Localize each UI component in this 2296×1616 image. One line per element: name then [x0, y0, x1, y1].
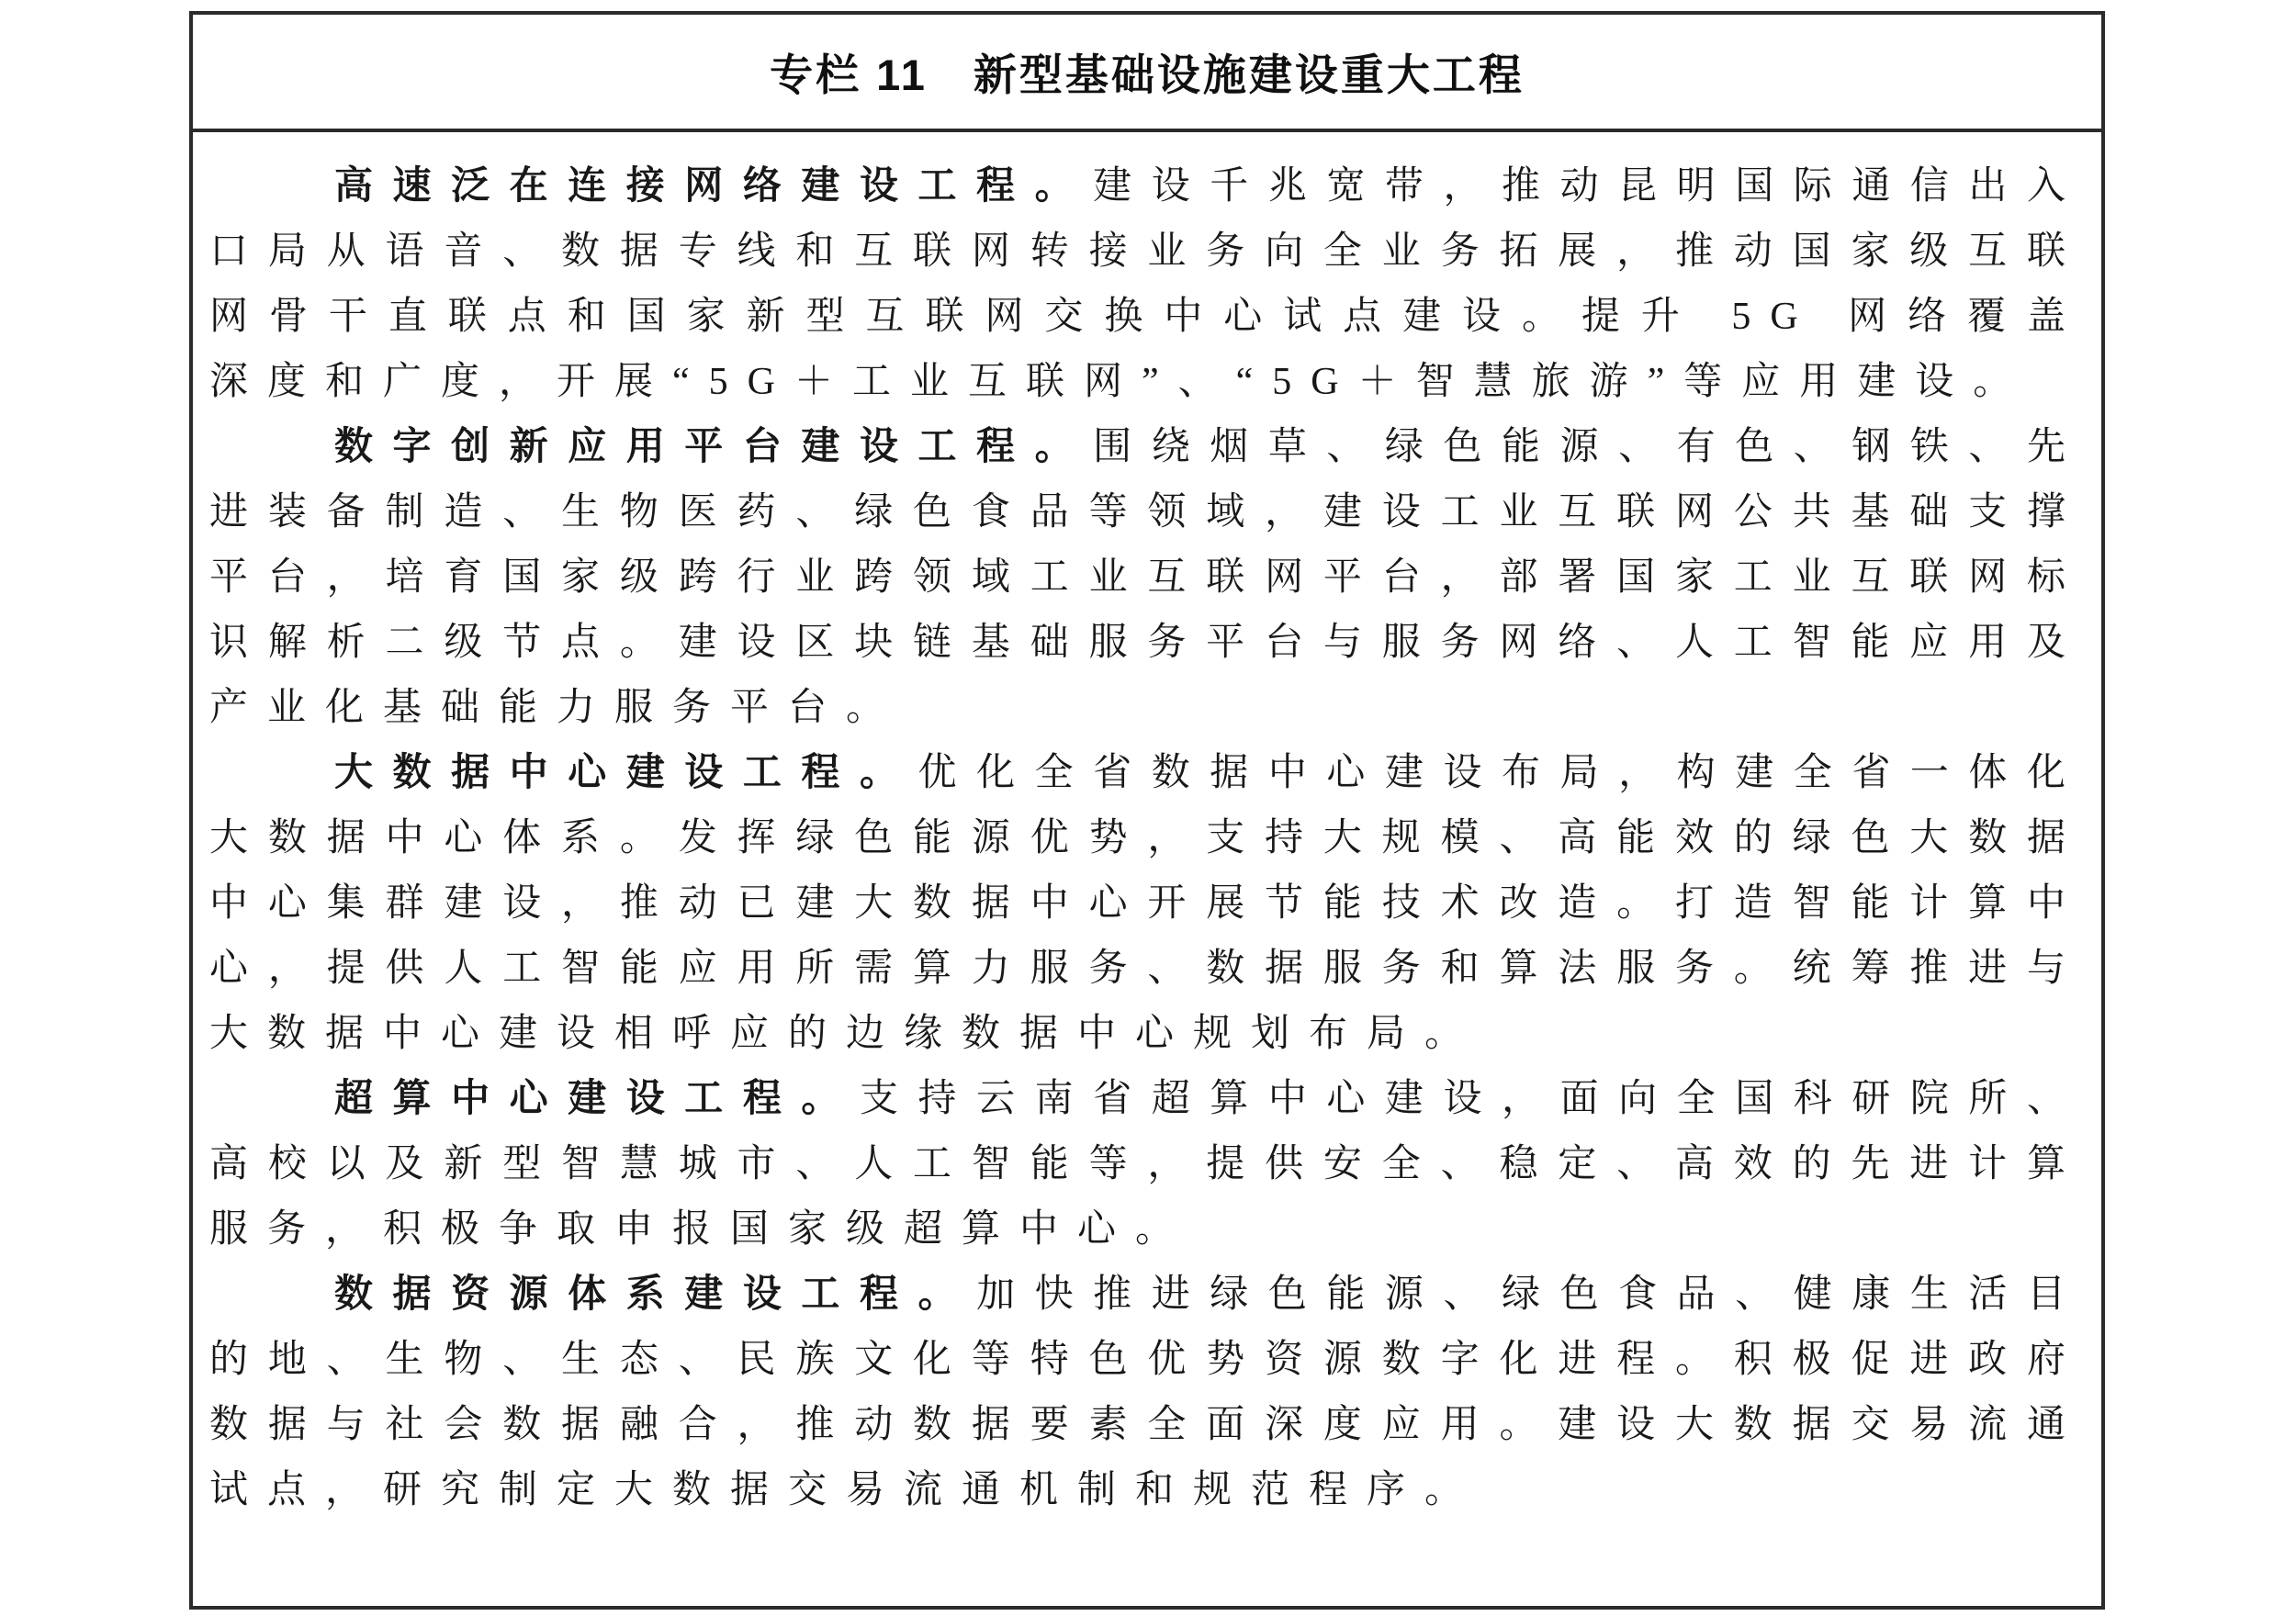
paragraph-lead: 数据资源体系建设工程。	[334, 1274, 976, 1316]
paragraph-text: 优化全省数据中心建设布局，构建全省一体化大数据中心体系。发挥绿色能源优势，支持大…	[209, 752, 2085, 1055]
column-title-bar: 专栏 11 新型基础设施建设重大工程	[193, 15, 2101, 132]
paragraph-digital-innovation-platform: 数字创新应用平台建设工程。围绕烟草、绿色能源、有色、钢铁、先进装备制造、生物医药…	[209, 415, 2085, 741]
paragraph-text: 围绕烟草、绿色能源、有色、钢铁、先进装备制造、生物医药、绿色食品等领域，建设工业…	[209, 426, 2085, 729]
column-body: 高速泛在连接网络建设工程。建设千兆宽带，推动昆明国际通信出入口局从语音、数据专线…	[193, 132, 2101, 1523]
paragraph-big-data-center: 大数据中心建设工程。优化全省数据中心建设布局，构建全省一体化大数据中心体系。发挥…	[209, 741, 2085, 1067]
column-title: 专栏 11 新型基础设施建设重大工程	[770, 41, 1525, 103]
paragraph-data-resource-system: 数据资源体系建设工程。加快推进绿色能源、绿色食品、健康生活目的地、生物、生态、民…	[209, 1262, 2085, 1523]
paragraph-lead: 高速泛在连接网络建设工程。	[334, 165, 1093, 208]
paragraph-supercomputing-center: 超算中心建设工程。支持云南省超算中心建设，面向全国科研院所、高校以及新型智慧城市…	[209, 1067, 2085, 1262]
paragraph-lead: 数字创新应用平台建设工程。	[334, 426, 1093, 468]
column-box: 专栏 11 新型基础设施建设重大工程 高速泛在连接网络建设工程。建设千兆宽带，推…	[189, 11, 2105, 1610]
document-page: 专栏 11 新型基础设施建设重大工程 高速泛在连接网络建设工程。建设千兆宽带，推…	[0, 0, 2296, 1616]
paragraph-lead: 超算中心建设工程。	[334, 1078, 860, 1120]
paragraph-high-speed-network: 高速泛在连接网络建设工程。建设千兆宽带，推动昆明国际通信出入口局从语音、数据专线…	[209, 154, 2085, 415]
paragraph-lead: 大数据中心建设工程。	[334, 752, 918, 794]
